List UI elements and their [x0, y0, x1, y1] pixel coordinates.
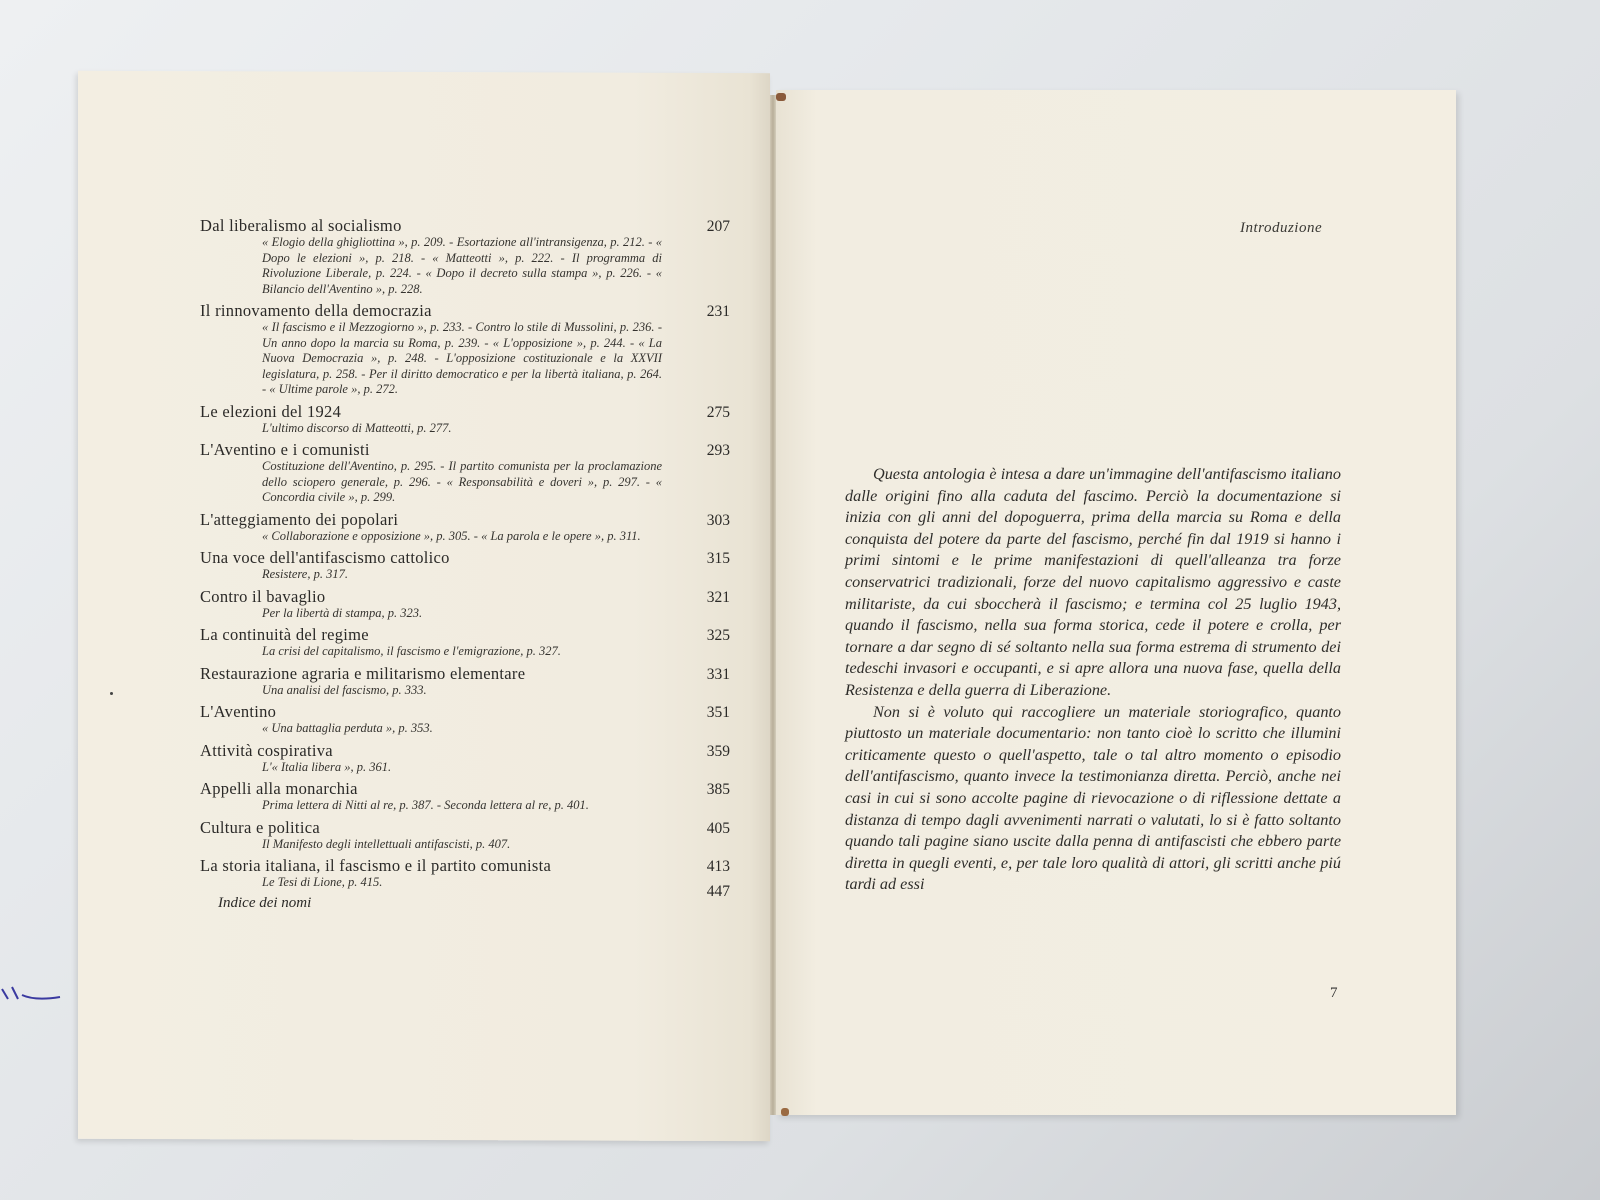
toc-entry-page: 351 — [707, 704, 730, 722]
toc-entry-page: 207 — [707, 218, 730, 236]
toc-entry-page: 325 — [707, 627, 730, 645]
open-book: Dal liberalismo al socialismo 207 « Elog… — [0, 0, 1600, 1200]
toc-entry-subitems: Costituzione dell'Aventino, p. 295. - Il… — [262, 459, 662, 506]
toc-entry-page: 293 — [707, 442, 730, 460]
toc-entry-title: Attività cospirativa — [200, 741, 740, 760]
toc-entry-page: 413 — [707, 858, 730, 876]
toc-entry[interactable]: La continuità del regime 325 La crisi de… — [200, 625, 740, 660]
toc-entry-subitems: Una analisi del fascismo, p. 333. — [262, 683, 662, 699]
toc-entry-subitems: Il Manifesto degli intellettuali antifas… — [262, 837, 662, 853]
toc-entry-title: Le elezioni del 1924 — [200, 402, 740, 421]
toc-entry-page: 359 — [707, 743, 730, 761]
intro-paragraph: Non si è voluto qui raccogliere un mater… — [845, 702, 1341, 896]
toc-entry[interactable]: Appelli alla monarchia 385 Prima lettera… — [200, 779, 740, 814]
intro-paragraph: Questa antologia è intesa a dare un'imma… — [845, 464, 1341, 702]
toc-entry-page: 231 — [707, 303, 730, 321]
toc-entry[interactable]: Il rinnovamento della democrazia 231 « I… — [200, 301, 740, 398]
toc-entry-page: 315 — [707, 550, 730, 568]
page-number: 7 — [1330, 985, 1338, 1002]
toc-entry-page: 275 — [707, 404, 730, 422]
toc-entry-page: 385 — [707, 781, 730, 799]
toc-entry-page: 321 — [707, 589, 730, 607]
spine-bottom-mark — [781, 1108, 789, 1116]
toc-entry-subitems: L'ultimo discorso di Matteotti, p. 277. — [262, 421, 662, 437]
toc-entry-page: 331 — [707, 666, 730, 684]
toc-entry-title: Contro il bavaglio — [200, 587, 740, 606]
toc-entry-subitems: Prima lettera di Nitti al re, p. 387. - … — [262, 798, 662, 814]
toc-entry-title: La storia italiana, il fascismo e il par… — [200, 856, 740, 875]
toc-entry-subitems: La crisi del capitalismo, il fascismo e … — [262, 644, 662, 660]
toc-entry-title: Dal liberalismo al socialismo — [200, 216, 740, 235]
index-of-names-page: 447 — [707, 883, 730, 901]
toc-entry-title: La continuità del regime — [200, 625, 740, 644]
introduction-text: Questa antologia è intesa a dare un'imma… — [845, 464, 1341, 896]
toc-entry[interactable]: L'Aventino e i comunisti 293 Costituzion… — [200, 440, 740, 506]
toc-entry[interactable]: Dal liberalismo al socialismo 207 « Elog… — [200, 216, 740, 297]
running-head: Introduzione — [1240, 220, 1322, 237]
toc-entry[interactable]: Le elezioni del 1924 275 L'ultimo discor… — [200, 402, 740, 437]
toc-entry[interactable]: Restaurazione agraria e militarismo elem… — [200, 664, 740, 699]
toc-entry-title: L'atteggiamento dei popolari — [200, 510, 740, 529]
toc-entry-subitems: Le Tesi di Lione, p. 415. — [262, 875, 662, 891]
toc-entry[interactable]: L'atteggiamento dei popolari 303 « Colla… — [200, 510, 740, 545]
toc-entry-title: Restaurazione agraria e militarismo elem… — [200, 664, 740, 683]
toc-entry[interactable]: Attività cospirativa 359 L'« Italia libe… — [200, 741, 740, 776]
toc-entry-title: Appelli alla monarchia — [200, 779, 740, 798]
toc-entry-subitems: Per la libertà di stampa, p. 323. — [262, 606, 662, 622]
toc-entry[interactable]: La storia italiana, il fascismo e il par… — [200, 856, 740, 891]
toc-entry-title: Cultura e politica — [200, 818, 740, 837]
toc-entry-page: 303 — [707, 512, 730, 530]
pencil-dot — [110, 692, 113, 695]
toc-entry-subitems: Resistere, p. 317. — [262, 567, 662, 583]
toc-entry-subitems: « Elogio della ghigliottina », p. 209. -… — [262, 235, 662, 297]
ink-scribble-icon — [0, 985, 70, 1005]
toc-entry-subitems: « Il fascismo e il Mezzogiorno », p. 233… — [262, 320, 662, 398]
toc-entry-index[interactable]: Indice dei nomi 447 — [200, 895, 740, 912]
toc-entry-page: 405 — [707, 820, 730, 838]
toc-entry[interactable]: Una voce dell'antifascismo cattolico 315… — [200, 548, 740, 583]
toc-entry-title: Una voce dell'antifascismo cattolico — [200, 548, 740, 567]
toc-entry-subitems: « Una battaglia perduta », p. 353. — [262, 721, 662, 737]
toc-entry[interactable]: Contro il bavaglio 321 Per la libertà di… — [200, 587, 740, 622]
toc-entry-title: Il rinnovamento della democrazia — [200, 301, 740, 320]
toc-entry[interactable]: Cultura e politica 405 Il Manifesto degl… — [200, 818, 740, 853]
toc-entry-subitems: « Collaborazione e opposizione », p. 305… — [262, 529, 662, 545]
spine-top-mark — [776, 93, 786, 101]
toc-entry-subitems: L'« Italia libera », p. 361. — [262, 760, 662, 776]
toc-entry[interactable]: L'Aventino 351 « Una battaglia perduta »… — [200, 702, 740, 737]
toc-entry-title: L'Aventino e i comunisti — [200, 440, 740, 459]
toc-entry-title: L'Aventino — [200, 702, 740, 721]
index-of-names-title: Indice dei nomi — [218, 895, 740, 912]
table-of-contents: Dal liberalismo al socialismo 207 « Elog… — [200, 216, 740, 916]
